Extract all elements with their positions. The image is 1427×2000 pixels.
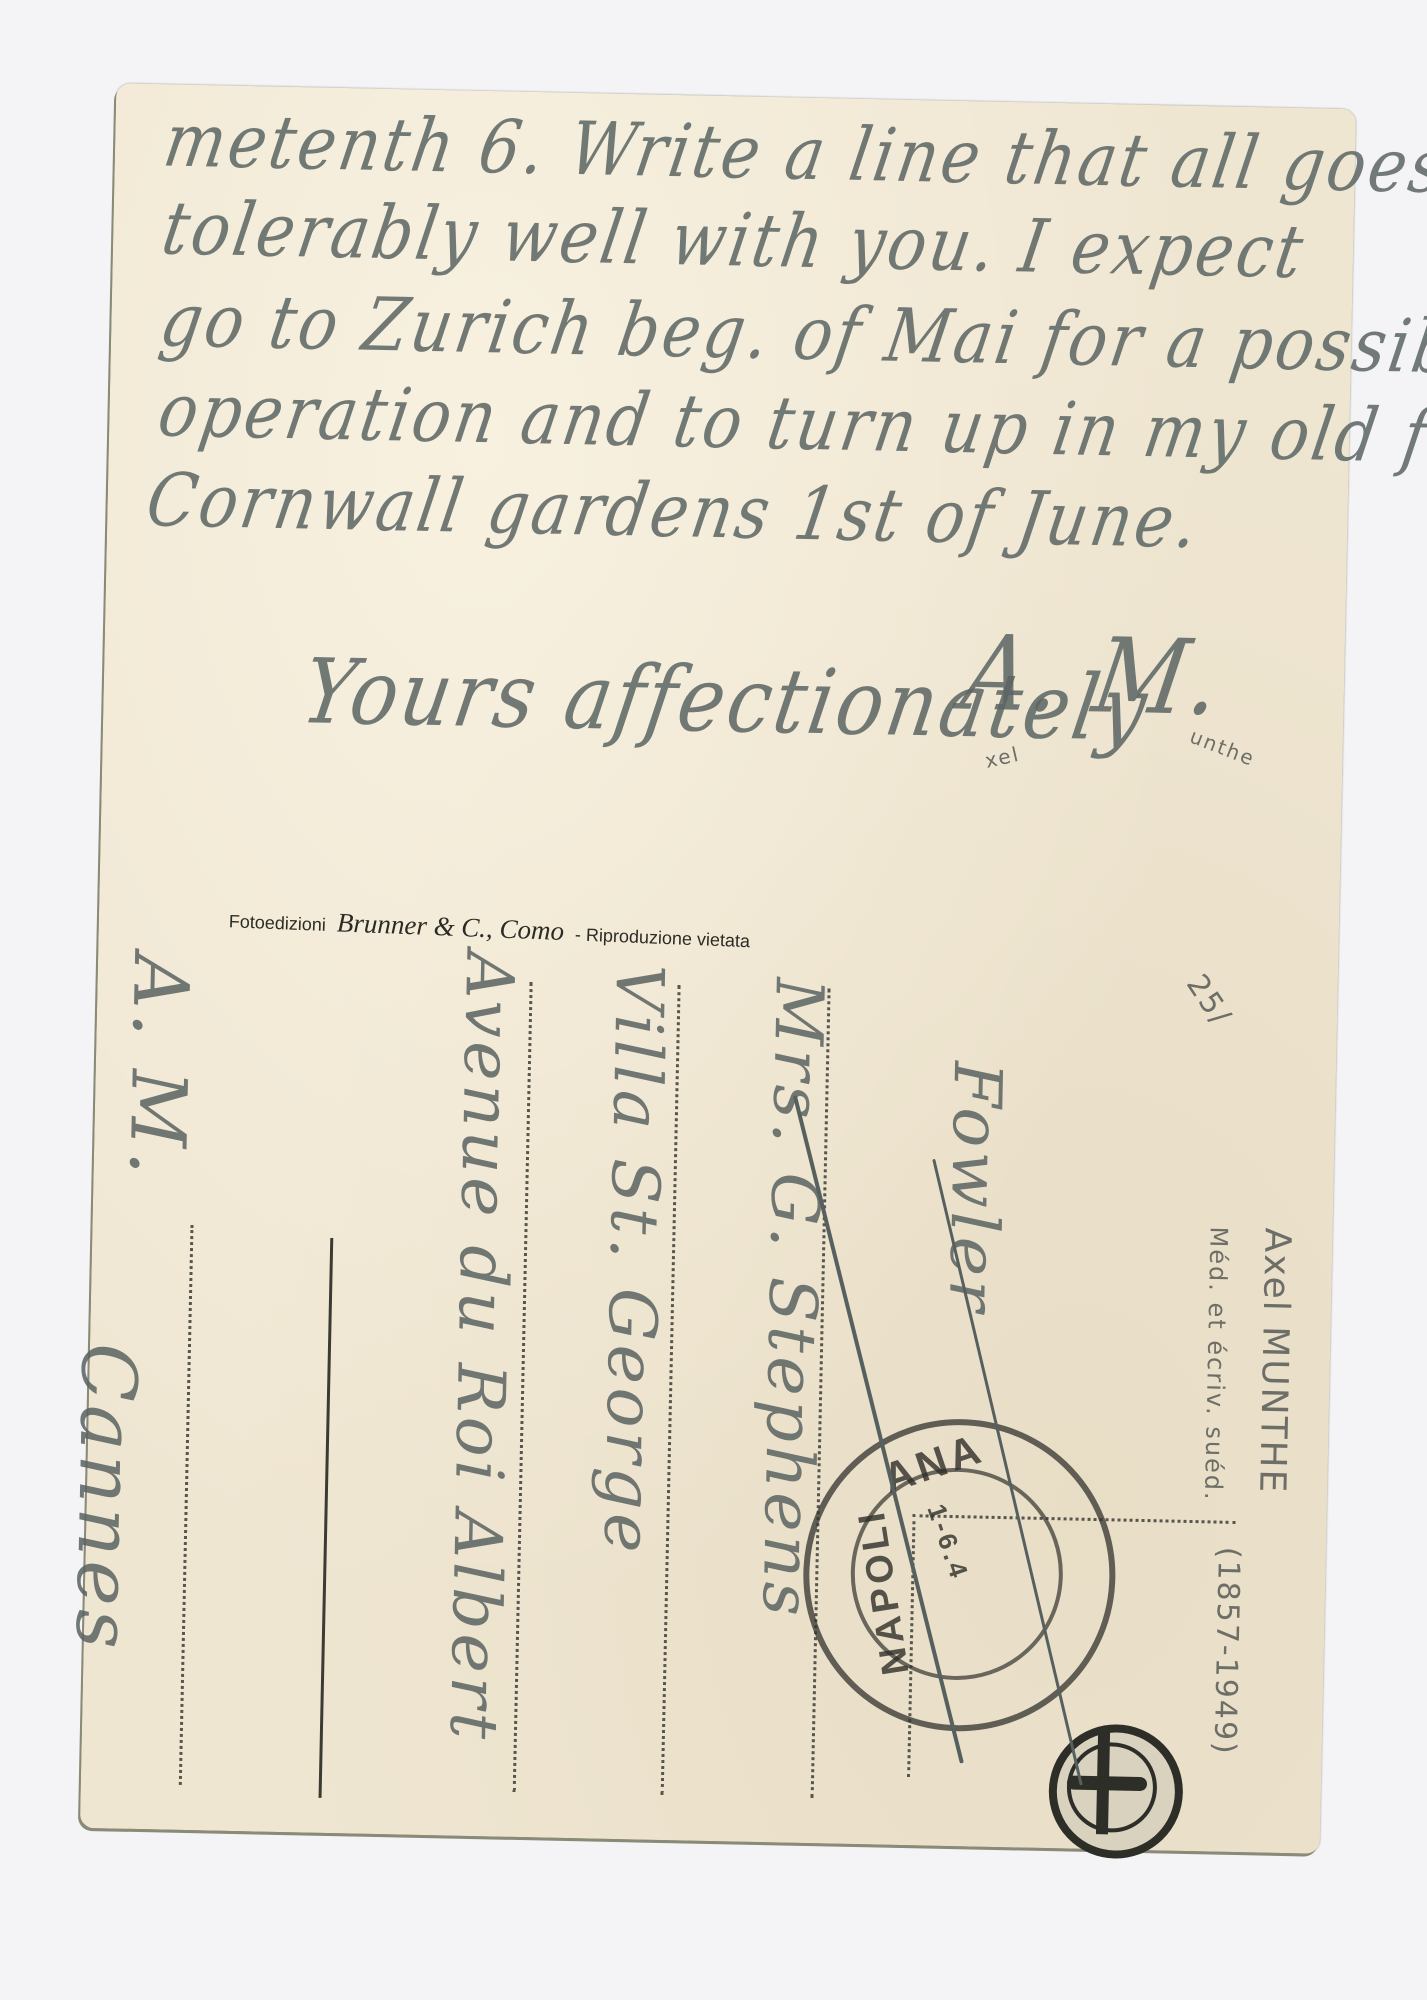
archive-note-dates: (1857-1949)	[1207, 1546, 1246, 1756]
archive-note-description: Méd. et écriv. suéd.	[1199, 1226, 1233, 1502]
archive-note-name: Axel MUNTHE	[1251, 1227, 1298, 1494]
postcard-back: metenth 6. Write a line that all goes to…	[80, 83, 1356, 1854]
crossout-strokes	[80, 83, 1356, 1854]
